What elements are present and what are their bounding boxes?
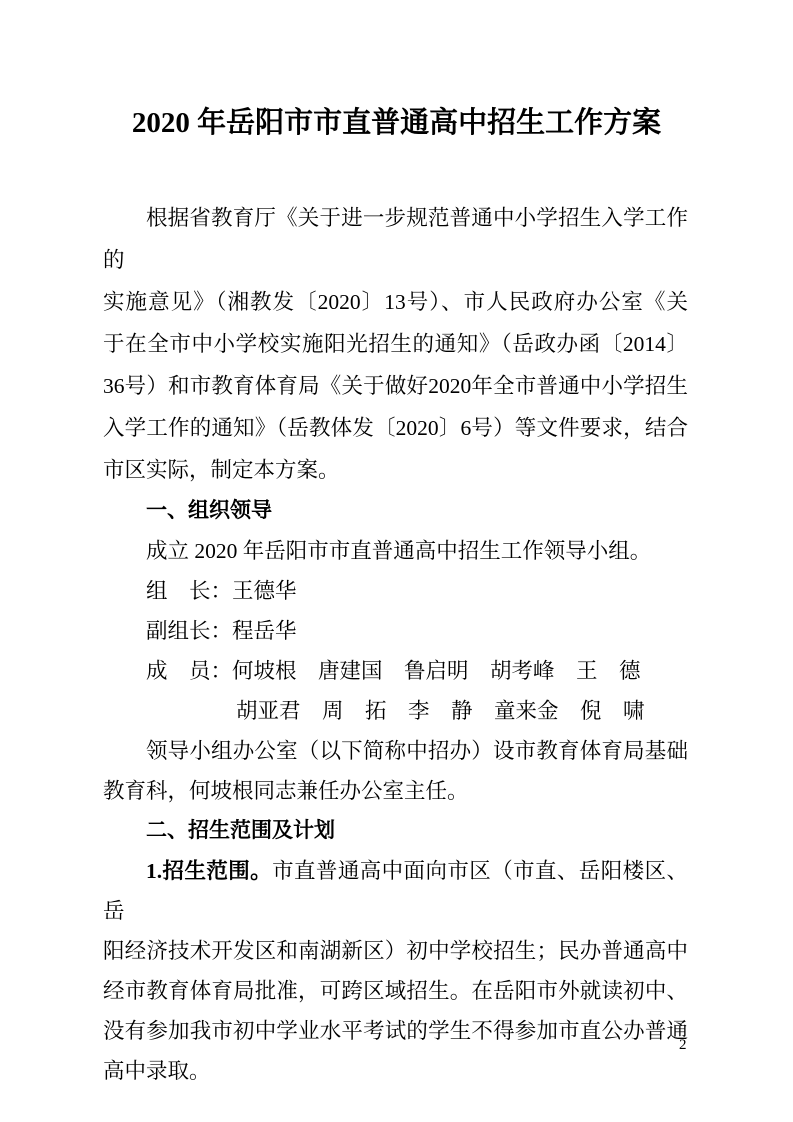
section1: 一、组织领导 成立 2020 年岳阳市市直普通高中招生工作领导小组。 组 长：王… bbox=[103, 491, 688, 811]
office-line: 教育科，何坡根同志兼任办公室主任。 bbox=[103, 771, 688, 811]
document-sections: 一、组织领导 成立 2020 年岳阳市市直普通高中招生工作领导小组。 组 长：王… bbox=[103, 491, 688, 1091]
group-leader-line: 组 长：王德华 bbox=[103, 571, 688, 611]
intro-line: 于在全市中小学校实施阳光招生的通知》（岳政办函〔2014〕 bbox=[103, 323, 688, 365]
intro-line: 市区实际，制定本方案。 bbox=[103, 449, 688, 491]
deputy-leader-line: 副组长：程岳华 bbox=[103, 611, 688, 651]
page-title: 2020 年岳阳市市直普通高中招生工作方案 bbox=[0, 0, 793, 142]
scope-line: 经市教育体育局批准，可跨区域招生。在岳阳市外就读初中、 bbox=[103, 971, 688, 1011]
document-body: 根据省教育厅《关于进一步规范普通中小学招生入学工作的 实施意见》（湘教发〔202… bbox=[103, 142, 688, 1091]
intro-line: 根据省教育厅《关于进一步规范普通中小学招生入学工作的 bbox=[103, 197, 688, 281]
section2-heading: 二、招生范围及计划 bbox=[103, 811, 688, 851]
members-line: 胡亚君 周 拓 李 静 童来金 倪 啸 bbox=[236, 691, 688, 731]
scope-item-label: 1.招生范围。 bbox=[146, 859, 272, 883]
leading-group-setup-line: 成立 2020 年岳阳市市直普通高中招生工作领导小组。 bbox=[103, 531, 688, 571]
office-line: 领导小组办公室（以下简称中招办）设市教育体育局基础 bbox=[103, 731, 688, 771]
section1-heading: 一、组织领导 bbox=[103, 491, 688, 531]
intro-paragraph: 根据省教育厅《关于进一步规范普通中小学招生入学工作的 实施意见》（湘教发〔202… bbox=[103, 197, 688, 491]
scope-line: 1.招生范围。市直普通高中面向市区（市直、岳阳楼区、岳 bbox=[103, 851, 688, 931]
document-page: 2020 年岳阳市市直普通高中招生工作方案 根据省教育厅《关于进一步规范普通中小… bbox=[0, 0, 793, 1122]
intro-line: 实施意见》（湘教发〔2020〕13号）、市人民政府办公室《关 bbox=[103, 281, 688, 323]
scope-line: 阳经济技术开发区和南湖新区）初中学校招生；民办普通高中 bbox=[103, 931, 688, 971]
scope-line: 高中录取。 bbox=[103, 1051, 688, 1091]
members-line: 成 员：何坡根 唐建国 鲁启明 胡考峰 王 德 bbox=[103, 651, 688, 691]
section2: 二、招生范围及计划 1.招生范围。市直普通高中面向市区（市直、岳阳楼区、岳 阳经… bbox=[103, 811, 688, 1091]
intro-line: 36号）和市教育体育局《关于做好2020年全市普通中小学招生 bbox=[103, 365, 688, 407]
scope-line: 没有参加我市初中学业水平考试的学生不得参加市直公办普通 bbox=[103, 1011, 688, 1051]
intro-line: 入学工作的通知》（岳教体发〔2020〕6号）等文件要求，结合 bbox=[103, 407, 688, 449]
page-number: 2 bbox=[679, 1036, 687, 1054]
